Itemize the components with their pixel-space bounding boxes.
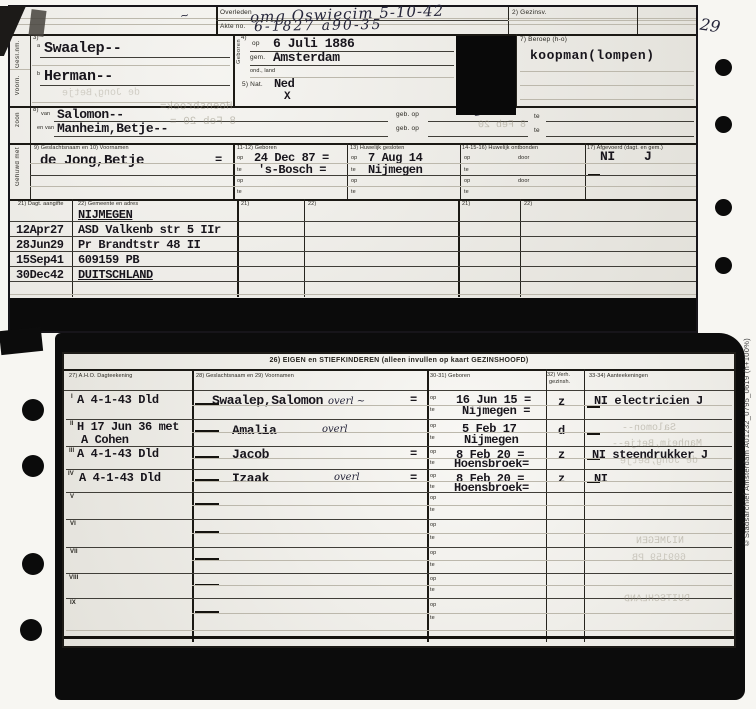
divider <box>237 199 239 297</box>
handwritten-page-number: 29 <box>699 15 722 37</box>
divider <box>233 143 235 199</box>
top-card: ~ Overleden omg Oswiecim 5-10-42 Akte no… <box>8 5 698 333</box>
aho-value-line2: A Cohen <box>81 433 129 447</box>
op-label: op <box>464 155 470 161</box>
afgevoerd-j: J <box>644 149 651 164</box>
punch-hole <box>20 619 42 641</box>
divider <box>347 143 348 199</box>
col-dagt-header: 21) Dagt. aangifte <box>18 201 64 207</box>
rule-line <box>64 369 734 371</box>
ghost-text: DUITSCHLAND <box>624 594 690 606</box>
te-label: te <box>430 587 435 593</box>
black-scan-band <box>10 298 696 331</box>
gezinsv-label: 2) Gezinsv. <box>512 9 547 16</box>
beroep-label: 7) Beroep (h-o) <box>520 36 567 43</box>
door-label: door <box>518 155 529 161</box>
col-born-header: 30-31) Geboren <box>430 373 470 379</box>
child-row-empty: V op te <box>64 492 734 519</box>
punch-hole <box>715 116 732 133</box>
surname-value: Swaalep-- <box>44 40 121 57</box>
beroep-value: koopman(lompen) <box>530 48 655 63</box>
te-label: te <box>430 460 435 466</box>
te-label: te <box>534 127 540 134</box>
afgevoerd-ni: NI <box>600 149 615 164</box>
rule-line <box>66 630 732 631</box>
equals-mark: = <box>410 471 417 485</box>
col-verh-header: 32) Verh. <box>547 372 570 378</box>
te-label: te <box>430 507 435 513</box>
row-numeral: II <box>70 421 74 427</box>
scan-smudge <box>28 9 46 37</box>
aho-value: A 4-1-43 Dld <box>77 393 159 407</box>
born-place: Nijmegen <box>464 433 518 447</box>
address-date: 15Sep41 <box>16 253 64 267</box>
rule-line <box>10 294 696 295</box>
col21-header: 21) <box>241 201 249 207</box>
akte-no-handwriting: 6-1827 a90-35 <box>254 17 383 35</box>
divider <box>585 143 586 199</box>
verh-value: z <box>558 448 565 462</box>
child-row: I A 4-1-43 Dld Swaalep,Salomon overl ~ =… <box>64 392 734 419</box>
te-label: te <box>430 562 435 568</box>
punch-hole <box>22 399 44 421</box>
rule-line <box>10 236 696 237</box>
geb-op-label: geb. op <box>396 111 419 118</box>
divider <box>516 34 517 106</box>
rule-line <box>192 533 732 534</box>
rule-line <box>64 390 734 391</box>
ghost-text: 8 Feb 20 = <box>170 116 236 129</box>
row-numeral: VII <box>70 549 78 555</box>
aho-value: A 4-1-43 Dld <box>79 471 161 485</box>
divider <box>72 199 73 297</box>
divider <box>304 199 305 297</box>
rule-line <box>10 221 696 222</box>
handwritten-scribble: ~ <box>179 8 190 22</box>
rule-line <box>520 85 694 86</box>
op-label: op <box>464 178 470 184</box>
rule-line <box>192 481 732 482</box>
address-date: 28Jun29 <box>16 238 64 252</box>
aho-value: A 4-1-43 Dld <box>77 447 159 461</box>
col-divorced-header: 14-15-16) Huwelijk ontbonden <box>462 145 538 151</box>
col-aho-header: 27) A.H.O. Dagteekening <box>69 373 132 379</box>
rule-line <box>520 71 694 72</box>
te-label: te <box>430 615 435 621</box>
verh-value: d <box>558 424 565 438</box>
ghost-text: de Jong,Betje <box>620 456 698 468</box>
row-numeral: VI <box>70 521 76 527</box>
handwritten-note: overl <box>322 424 348 435</box>
rule-line <box>54 136 388 137</box>
en-van-label: en van <box>37 125 54 131</box>
col-gemeente-header: 22) Gemeente en adres <box>78 201 138 207</box>
te-label: te <box>237 189 242 195</box>
field4-number: 4) <box>241 35 247 41</box>
punch-hole <box>715 199 732 216</box>
van-label: van <box>41 111 50 117</box>
field3a-letter: a <box>37 43 40 49</box>
col-name-header: 28) Geslachtsnaam en 29) Voornamen <box>196 373 294 379</box>
child-name: Izaak <box>232 471 269 486</box>
op-label: op <box>430 473 436 479</box>
rule-line <box>10 251 696 252</box>
ghost-text: de Jong,Betje <box>62 88 140 100</box>
ghost-text: Hoensbroek= <box>160 101 233 114</box>
row-numeral: IX <box>70 600 76 606</box>
op-label: op <box>430 449 436 455</box>
rule-line <box>520 99 694 100</box>
field3b-letter: b <box>37 71 40 77</box>
ghost-text: 609159 PB <box>632 553 686 564</box>
overleden-label: Overleden <box>220 9 252 16</box>
op-label: op <box>430 423 436 429</box>
birth-place-value: Amsterdam <box>273 50 340 65</box>
side-label-geslachtsnaam: Gesl.nm. <box>15 40 21 68</box>
col22-header: 22) <box>308 201 316 207</box>
divider <box>460 143 461 199</box>
ondland-label: ond., land <box>250 68 275 74</box>
rule-line <box>10 266 696 267</box>
rule-line <box>508 20 696 21</box>
side-label-geboren: Geboren <box>236 39 242 64</box>
op-label: op <box>430 602 436 608</box>
side-label-gehuwd-met: Gehuwd met <box>15 147 21 186</box>
verh-value: z <box>558 395 565 409</box>
op-label: op <box>252 40 260 47</box>
aho-value: H 17 Jun 36 met <box>77 420 179 434</box>
ghost-text: Manheim,Betje-- <box>612 439 702 451</box>
rule-line <box>192 613 732 614</box>
gem-label: gem. <box>250 54 265 61</box>
te-label: te <box>430 435 435 441</box>
op-label: op <box>351 178 357 184</box>
rule-line <box>546 136 694 137</box>
op-label: op <box>237 155 243 161</box>
col-removed-header: 17) Afgevoerd (dagt. en gem.) <box>587 145 663 151</box>
divider <box>637 7 638 34</box>
te-label: te <box>430 484 435 490</box>
side-label-voornaam: Voorn. <box>15 75 21 95</box>
op-label: op <box>430 495 436 501</box>
row-numeral: III <box>69 448 74 454</box>
rule-line <box>64 636 734 639</box>
punch-hole <box>22 553 44 575</box>
verh-value: z <box>558 472 565 486</box>
rule-line <box>192 505 732 506</box>
punch-hole <box>715 257 732 274</box>
rule-line <box>250 65 454 66</box>
row-numeral: IV <box>68 471 74 477</box>
address-value: DUITSCHLAND <box>78 268 153 282</box>
col-names-header: 9) Geslachtsnaam en 10) Voornamen <box>34 145 129 151</box>
spouse-name: de Jong,Betje <box>40 153 144 169</box>
child-row-empty: VI op te <box>64 519 734 547</box>
scanned-archive-page: ~ Overleden omg Oswiecim 5-10-42 Akte no… <box>0 0 756 709</box>
nationality-mark: X <box>284 91 290 103</box>
col-aant-header: 33-34) Aanteekeningen <box>589 373 648 379</box>
aant-value: NI <box>594 472 608 486</box>
rule-line <box>10 281 696 282</box>
col-verh-header: gezinsh. <box>549 379 570 385</box>
rule-line <box>546 121 694 122</box>
side-label-zoon: zoon <box>15 112 21 127</box>
address-value: 609159 PB <box>78 253 139 267</box>
address-date: 12Apr27 <box>16 223 64 237</box>
geb-op-label: geb. op <box>396 125 419 132</box>
child-name: Amalia <box>232 423 276 438</box>
te-label: te <box>237 167 242 173</box>
rule-line <box>40 85 230 86</box>
rule-line <box>10 69 30 70</box>
door-label: door <box>518 178 529 184</box>
divider <box>458 199 460 297</box>
black-scan-wedge <box>0 327 43 355</box>
firstname-value: Herman-- <box>44 68 113 85</box>
address-date: 30Dec42 <box>16 268 64 282</box>
op-label: op <box>237 178 243 184</box>
rule-line <box>30 175 696 176</box>
tick-mark <box>587 433 600 435</box>
akte-no-label: Akte no. <box>220 23 245 30</box>
row-numeral: I <box>71 394 73 400</box>
te-label: te <box>464 189 469 195</box>
te-label: te <box>430 407 435 413</box>
gemeente-value: NIJMEGEN <box>78 208 132 222</box>
born-place: Nijmegen = <box>462 404 530 418</box>
rule-line <box>32 65 230 66</box>
op-label: op <box>430 522 436 528</box>
birth-date-value: 6 Juli 1886 <box>273 36 354 51</box>
op-label: op <box>430 576 436 582</box>
mother-name: Manheim,Betje-- <box>57 121 168 136</box>
child-name: Jacob <box>232 447 269 462</box>
punch-hole <box>715 59 732 76</box>
row-numeral: V <box>70 494 74 500</box>
te-label: te <box>351 167 356 173</box>
te-label: te <box>464 167 469 173</box>
row-numeral: VIII <box>69 575 78 581</box>
children-section-title: 26) EIGEN en STIEFKINDEREN (alleen invul… <box>64 357 734 364</box>
ghost-text: 8 Feb 20 <box>478 120 526 131</box>
te-label: te <box>430 535 435 541</box>
te-label: te <box>351 189 356 195</box>
nat-label: 5) Nat. <box>242 81 263 88</box>
rule-line <box>192 405 732 406</box>
punch-hole <box>22 455 44 477</box>
op-label: op <box>430 395 436 401</box>
address-value: Pr Brandtstr 48 II <box>78 238 200 252</box>
field8-number: 8) <box>33 107 39 113</box>
col21-header: 21) <box>462 201 470 207</box>
ghost-text: Salomon-- <box>622 423 676 434</box>
address-value: ASD Valkenb str 5 IIr <box>78 223 221 237</box>
rule-line <box>192 585 732 586</box>
redaction-block <box>456 36 516 115</box>
father-name: Salomon-- <box>57 107 124 122</box>
te-label: te <box>534 113 540 120</box>
op-label: op <box>430 550 436 556</box>
rule-line <box>30 163 696 164</box>
child-row: IV A 4-1-43 Dld Izaak overl = op 8 Feb 2… <box>64 469 734 492</box>
equals-mark: = <box>215 153 222 167</box>
rule-line <box>30 186 696 187</box>
tick-mark <box>587 406 600 408</box>
divider <box>520 199 521 297</box>
rule-line <box>40 57 230 58</box>
nationality-value: Ned <box>274 77 294 91</box>
col22-header: 22) <box>524 201 532 207</box>
archive-watermark: ©Stadsarchief Amsterdam A01232_0795_0619… <box>742 338 751 547</box>
op-label: op <box>351 155 357 161</box>
divider <box>233 34 235 106</box>
rule-line <box>428 136 528 137</box>
ghost-text: NIJMEGEN <box>636 536 684 547</box>
